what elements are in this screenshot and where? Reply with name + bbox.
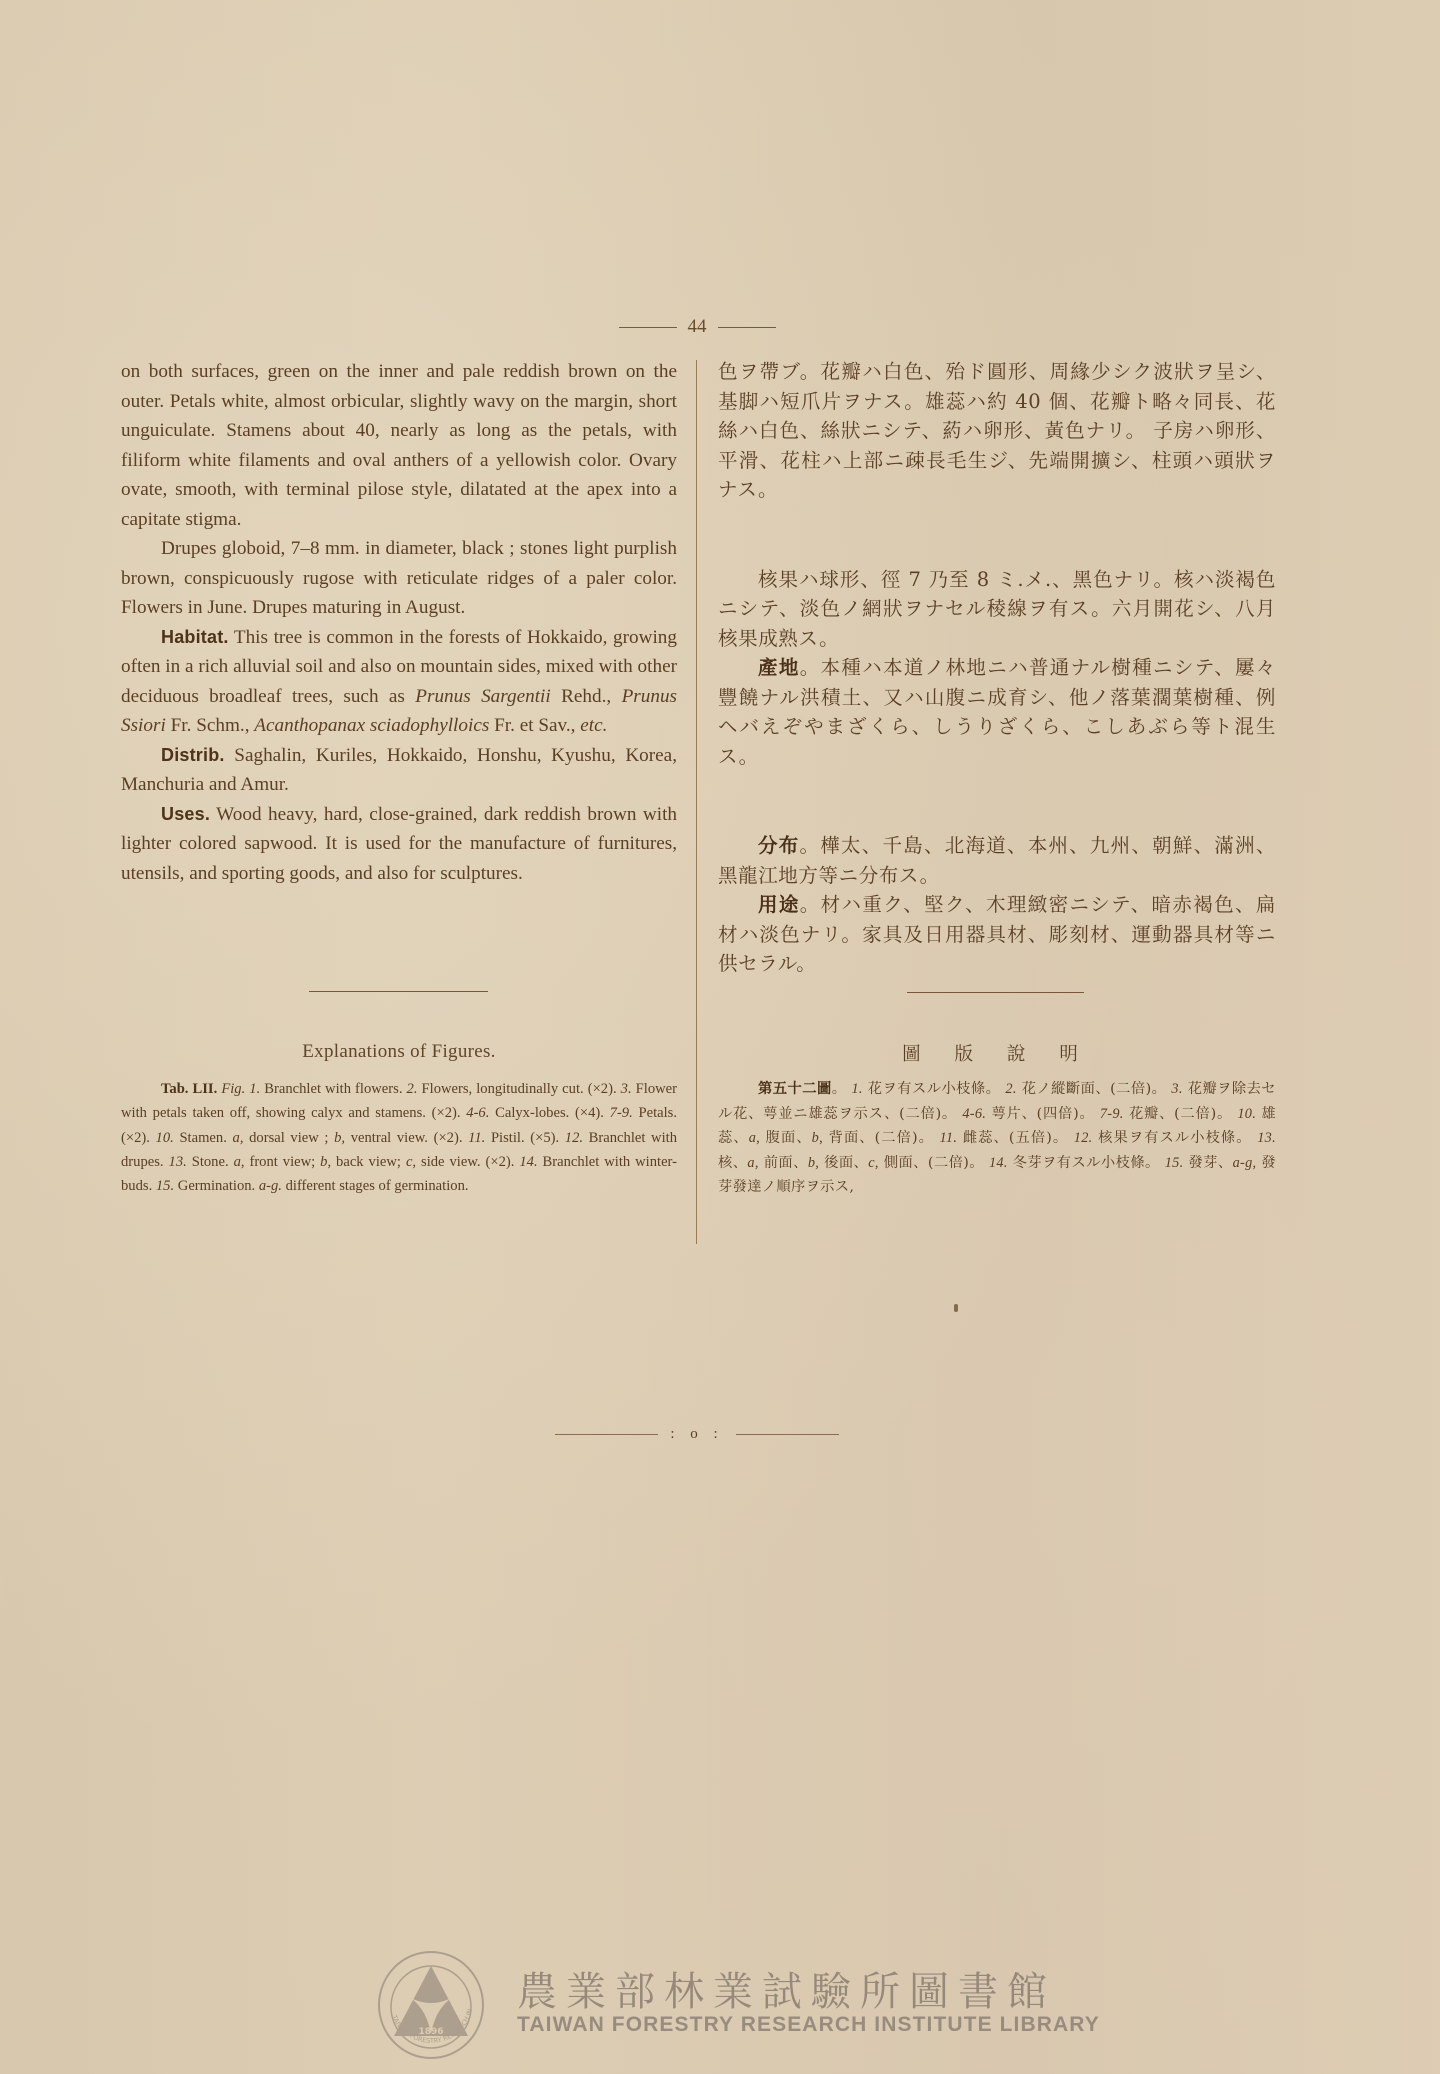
body-text: Stone. bbox=[187, 1154, 234, 1170]
body-text: Rehd., bbox=[551, 686, 622, 707]
figures-heading-japanese: 圖 版 說 明 bbox=[718, 1040, 1276, 1066]
body-text: 發芽、 bbox=[1184, 1155, 1233, 1171]
italic-text: a, bbox=[233, 1130, 244, 1146]
body-text: different stages of germination. bbox=[282, 1178, 469, 1194]
italic-text: 13. bbox=[1257, 1130, 1276, 1146]
body-text: 。材ハ重ク、堅ク、木理緻密ニシテ、暗赤褐色、扁材ハ淡色ナリ。家具及日用器具材、彫… bbox=[718, 893, 1276, 975]
page-number-rule-right bbox=[718, 327, 776, 328]
italic-text: 4-6. bbox=[466, 1105, 489, 1121]
italic-text: Prunus Sargentii bbox=[415, 686, 550, 707]
italic-text: 3. bbox=[1171, 1081, 1182, 1097]
section-rule-japanese bbox=[907, 992, 1084, 993]
body-text: 。樺太、千島、北海道、本州、九州、朝鮮、滿洲、黑龍江地方等ニ分布ス。 bbox=[718, 834, 1276, 887]
english-description: on both surfaces, green on the inner and… bbox=[121, 357, 677, 888]
body-text: Fr. Schm., bbox=[166, 715, 255, 736]
body-text: Flowers, longitudinally cut. (×2). bbox=[417, 1081, 620, 1097]
italic-text: c, bbox=[868, 1155, 879, 1171]
body-text: 核果ハ球形、徑 7 乃至 8 ミ.メ.、黑色ナリ。核ハ淡褐色ニシテ、淡色ノ網狀ヲ… bbox=[718, 568, 1276, 650]
body-text: side view. (×2). bbox=[416, 1154, 519, 1170]
italic-text: a, bbox=[747, 1155, 758, 1171]
italic-text: 2. bbox=[407, 1081, 418, 1097]
body-text: Calyx-lobes. (×4). bbox=[489, 1105, 609, 1121]
end-ornament-text: : o : bbox=[658, 1426, 735, 1443]
body-text: 。本種ハ本道ノ林地ニハ普通ナル樹種ニシテ、屢々豐饒ナル洪積土、又ハ山腹ニ成育シ、… bbox=[718, 656, 1276, 768]
italic-text: c, bbox=[406, 1154, 416, 1170]
section-label: Uses. bbox=[161, 804, 210, 824]
body-text: on both surfaces, green on the inner and… bbox=[121, 361, 677, 530]
body-text: 雌蕊、(五倍)。 bbox=[957, 1130, 1074, 1146]
watermark-title-chinese: 農業部林業試驗所圖書館 bbox=[517, 1960, 1056, 2017]
paragraph: on both surfaces, green on the inner and… bbox=[121, 357, 677, 534]
body-text: 花瓣、(二倍)。 bbox=[1124, 1106, 1238, 1122]
library-seal-icon: 1896 TAIWAN FORESTRY RESEARCH INSTITUTE bbox=[376, 1950, 486, 2060]
italic-text: 10. bbox=[156, 1130, 174, 1146]
body-text: 色ヲ帶ブ。花瓣ハ白色、殆ド圓形、周緣少シク波狀ヲ呈シ、基脚ハ短爪片ヲナス。雄蕊ハ… bbox=[718, 360, 1276, 501]
italic-text: 11. bbox=[468, 1130, 485, 1146]
japanese-description: 色ヲ帶ブ。花瓣ハ白色、殆ド圓形、周緣少シク波狀ヲ呈シ、基脚ハ短爪片ヲナス。雄蕊ハ… bbox=[718, 357, 1276, 979]
italic-text: Fig. 1. bbox=[221, 1081, 260, 1097]
body-text: 核果ヲ有スル小枝條。 bbox=[1093, 1130, 1258, 1146]
italic-text: b, bbox=[320, 1154, 331, 1170]
paragraph: 核果ハ球形、徑 7 乃至 8 ミ.メ.、黑色ナリ。核ハ淡褐色ニシテ、淡色ノ網狀ヲ… bbox=[718, 565, 1276, 654]
paragraph: Distrib. Saghalin, Kuriles, Hokkaido, Ho… bbox=[121, 741, 677, 800]
page-number: 44 bbox=[0, 316, 1394, 338]
paragraph: 產地。本種ハ本道ノ林地ニハ普通ナル樹種ニシテ、屢々豐饒ナル洪積土、又ハ山腹ニ成育… bbox=[718, 653, 1276, 771]
italic-text: 7-9. bbox=[1100, 1106, 1124, 1122]
body-text: ventral view. (×2). bbox=[345, 1130, 468, 1146]
italic-text: a, bbox=[234, 1154, 245, 1170]
section-rule-english bbox=[309, 991, 488, 992]
italic-text: 12. bbox=[565, 1130, 583, 1146]
svg-text:1896: 1896 bbox=[418, 2027, 443, 2037]
italic-text: 15. bbox=[1165, 1155, 1184, 1171]
paragraph: Drupes globoid, 7–8 mm. in diameter, bla… bbox=[121, 534, 677, 623]
italic-text: 7-9. bbox=[610, 1105, 633, 1121]
section-label: Distrib. bbox=[161, 745, 225, 765]
watermark-title-english: TAIWAN FORESTRY RESEARCH INSTITUTE LIBRA… bbox=[517, 2013, 1100, 2037]
body-text: Fr. et Sav., bbox=[489, 715, 580, 736]
italic-text: a-g, bbox=[1233, 1155, 1257, 1171]
figures-explanation-english: Tab. LII. Fig. 1. Branchlet with flowers… bbox=[121, 1077, 677, 1198]
italic-text: etc. bbox=[580, 715, 607, 736]
italic-text: 13. bbox=[169, 1154, 187, 1170]
body-text: 側面、(二倍)。 bbox=[879, 1155, 989, 1171]
paragraph: Habitat. This tree is common in the fore… bbox=[121, 623, 677, 741]
section-label: 第五十二圖 bbox=[758, 1081, 832, 1097]
section-label: Tab. LII. bbox=[161, 1081, 217, 1097]
paper-speck bbox=[954, 1304, 958, 1312]
paragraph: 色ヲ帶ブ。花瓣ハ白色、殆ド圓形、周緣少シク波狀ヲ呈シ、基脚ハ短爪片ヲナス。雄蕊ハ… bbox=[718, 357, 1276, 505]
italic-text: 4-6. bbox=[962, 1106, 986, 1122]
body-text: 背面、(二倍)。 bbox=[823, 1130, 940, 1146]
end-ornament-rule-left bbox=[555, 1434, 658, 1435]
figures-heading-english: Explanations of Figures. bbox=[121, 1041, 677, 1063]
paragraph: Uses. Wood heavy, hard, close-grained, d… bbox=[121, 800, 677, 889]
body-text: 花ノ縱斷面、(二倍)。 bbox=[1017, 1081, 1172, 1097]
page-number-rule-left bbox=[619, 327, 677, 328]
paragraph-gap bbox=[718, 505, 1276, 565]
body-text: Branchlet with flowers. bbox=[260, 1081, 406, 1097]
italic-text: 3. bbox=[621, 1081, 632, 1097]
end-ornament-rule-right bbox=[736, 1434, 839, 1435]
italic-text: 12. bbox=[1074, 1130, 1093, 1146]
body-text: Drupes globoid, 7–8 mm. in diameter, bla… bbox=[121, 538, 677, 618]
section-label: 分布 bbox=[758, 834, 800, 857]
body-text: Pistil. (×5). bbox=[485, 1130, 564, 1146]
paragraph: 用途。材ハ重ク、堅ク、木理緻密ニシテ、暗赤褐色、扁材ハ淡色ナリ。家具及日用器具材… bbox=[718, 890, 1276, 979]
body-text: 冬芽ヲ有スル小枝條。 bbox=[1008, 1155, 1165, 1171]
body-text: 核、 bbox=[718, 1155, 747, 1171]
body-text: Germination. bbox=[174, 1178, 259, 1194]
section-label: 產地 bbox=[758, 656, 800, 679]
italic-text: 10. bbox=[1237, 1106, 1256, 1122]
italic-text: a-g. bbox=[259, 1178, 282, 1194]
italic-text: b, bbox=[334, 1130, 345, 1146]
body-text: dorsal view ; bbox=[243, 1130, 334, 1146]
italic-text: a, bbox=[749, 1130, 760, 1146]
figures-explanation-japanese: 第五十二圖。 1. 花ヲ有スル小枝條。 2. 花ノ縱斷面、(二倍)。 3. 花瓣… bbox=[718, 1077, 1276, 1200]
italic-text: 11. bbox=[940, 1130, 958, 1146]
italic-text: 15. bbox=[156, 1178, 174, 1194]
body-text: 萼片、(四倍)。 bbox=[986, 1106, 1100, 1122]
body-text: 後面、 bbox=[819, 1155, 868, 1171]
paragraph: 分布。樺太、千島、北海道、本州、九州、朝鮮、滿洲、黑龍江地方等ニ分布ス。 bbox=[718, 831, 1276, 890]
italic-text: Acanthopanax sciadophylloics bbox=[254, 715, 489, 736]
italic-text: 14. bbox=[519, 1154, 537, 1170]
italic-text: b, bbox=[812, 1130, 823, 1146]
italic-text: 14. bbox=[989, 1155, 1008, 1171]
body-text: 前面、 bbox=[759, 1155, 808, 1171]
page-number-text: 44 bbox=[688, 316, 707, 337]
body-text: Stamen. bbox=[174, 1130, 233, 1146]
paragraph-gap bbox=[718, 771, 1276, 831]
italic-text: b, bbox=[808, 1155, 819, 1171]
body-text: back view; bbox=[331, 1154, 406, 1170]
body-text: 。 bbox=[832, 1081, 852, 1097]
body-text: 花ヲ有スル小枝條。 bbox=[863, 1081, 1006, 1097]
end-ornament: : o : bbox=[555, 1423, 839, 1445]
section-label: 用途 bbox=[758, 893, 800, 916]
body-text: front view; bbox=[245, 1154, 321, 1170]
body-text: 腹面、 bbox=[760, 1130, 812, 1146]
italic-text: 1. bbox=[851, 1081, 862, 1097]
italic-text: 2. bbox=[1005, 1081, 1016, 1097]
section-label: Habitat. bbox=[161, 627, 229, 647]
column-divider bbox=[696, 360, 697, 1244]
